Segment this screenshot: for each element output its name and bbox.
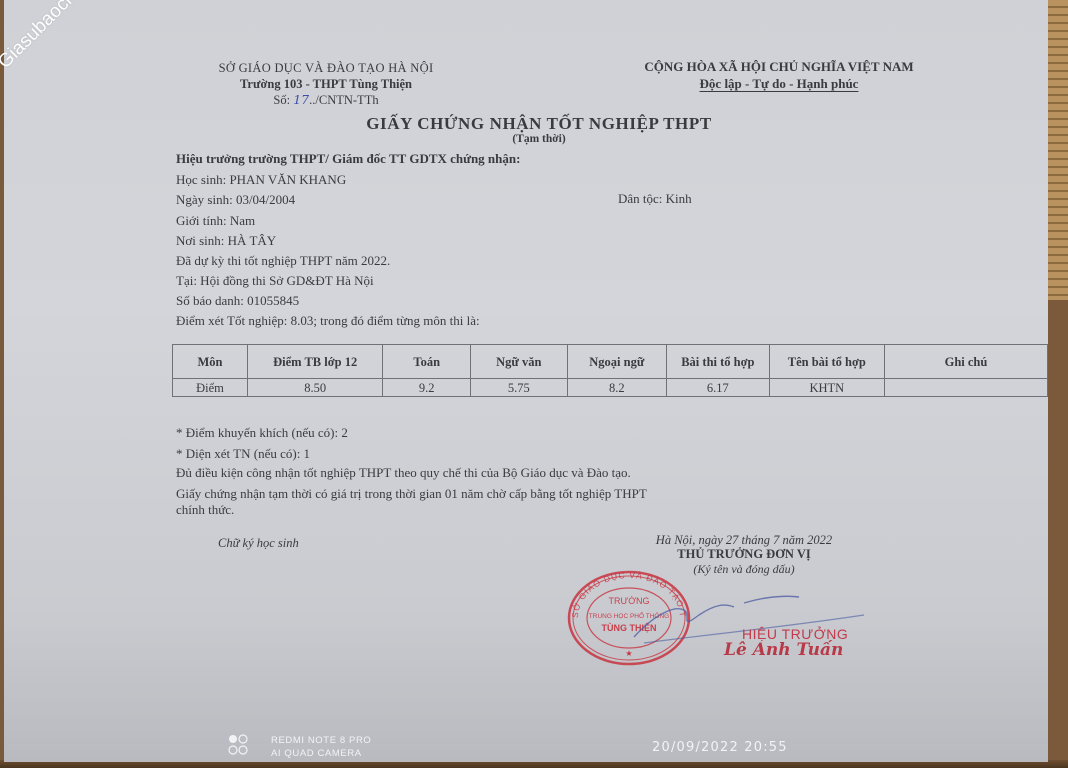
cell-combined-exam: 6.17 <box>667 379 770 397</box>
photo-timestamp: 20/09/2022 20:55 <box>652 740 788 755</box>
table-row: Điểm 8.50 9.2 5.75 8.2 6.17 KHTN <box>173 379 1048 397</box>
cell-literature: 5.75 <box>471 379 567 397</box>
header-notes: Ghi chú <box>884 345 1047 379</box>
document-title: GIẤY CHỨNG NHẬN TỐT NGHIỆP THPT <box>264 114 814 134</box>
header-gpa12: Điểm TB lớp 12 <box>248 345 383 379</box>
ministry-name: SỞ GIÁO DỤC VÀ ĐÀO TẠO HÀ NỘI <box>176 60 476 76</box>
header-foreign-language: Ngoại ngữ <box>567 345 667 379</box>
student-gender: Giới tính: Nam <box>176 213 255 229</box>
header-subject: Môn <box>173 345 248 379</box>
validity-statement-cont: chính thức. <box>176 502 234 518</box>
student-birthplace: Nơi sinh: HÀ TÂY <box>176 233 276 249</box>
principal-name: Lê Anh Tuấn <box>724 640 843 660</box>
header-combined-exam: Bài thi tổ hợp <box>667 345 770 379</box>
header-left: SỞ GIÁO DỤC VÀ ĐÀO TẠO HÀ NỘI Trường 103… <box>176 60 476 108</box>
student-signature-label: Chữ ký học sinh <box>218 536 299 551</box>
document-number-suffix: ../CNTN-TTh <box>309 93 378 107</box>
place-date: Hà Nội, ngày 27 tháng 7 năm 2022 <box>564 533 924 548</box>
quad-camera-icon <box>226 734 262 756</box>
camera-model-line-1: REDMI NOTE 8 PRO <box>271 734 371 747</box>
camera-watermark: REDMI NOTE 8 PRO AI QUAD CAMERA <box>226 734 262 761</box>
eligibility-statement: Đủ điều kiện công nhận tốt nghiệp THPT t… <box>176 465 631 481</box>
score-table: Môn Điểm TB lớp 12 Toán Ngữ văn Ngoại ng… <box>172 344 1048 397</box>
national-motto: Độc lập - Tự do - Hạnh phúc <box>700 76 859 91</box>
country-name: CỘNG HÒA XÃ HỘI CHỦ NGHĨA VIỆT NAM <box>569 58 989 75</box>
bonus-points: * Điểm khuyến khích (nếu có): 2 <box>176 425 348 441</box>
certificate-paper: Giasubaochau.net SỞ GIÁO DỤC VÀ ĐÀO TẠO … <box>4 0 1048 762</box>
head-of-unit-title: THỦ TRƯỞNG ĐƠN VỊ <box>564 547 924 562</box>
cell-notes <box>884 379 1047 397</box>
graduation-score: Điểm xét Tốt nghiệp: 8.03; trong đó điểm… <box>176 313 480 329</box>
cell-combined-name: KHTN <box>769 379 884 397</box>
certifier-line: Hiệu trưởng trường THPT/ Giám đốc TT GDT… <box>176 151 520 167</box>
graduation-category: * Diện xét TN (nếu có): 1 <box>176 446 310 462</box>
score-table-header: Môn Điểm TB lớp 12 Toán Ngữ văn Ngoại ng… <box>173 345 1048 379</box>
camera-model: REDMI NOTE 8 PRO AI QUAD CAMERA <box>271 734 371 760</box>
exam-year: Đã dự kỳ thi tốt nghiệp THPT năm 2022. <box>176 253 390 269</box>
exam-council: Tại: Hội đồng thi Sở GD&ĐT Hà Nội <box>176 273 374 289</box>
document-number-handwritten: 17 <box>293 92 309 107</box>
cell-label: Điểm <box>173 379 248 397</box>
document-subtitle: (Tạm thời) <box>264 133 814 145</box>
header-math: Toán <box>383 345 471 379</box>
seal-star-icon: ★ <box>625 649 632 658</box>
validity-statement: Giấy chứng nhận tạm thời có giá trị tron… <box>176 486 647 502</box>
cell-foreign-language: 8.2 <box>567 379 667 397</box>
header-right: CỘNG HÒA XÃ HỘI CHỦ NGHĨA VIỆT NAM Độc l… <box>569 58 989 92</box>
document-number-label: Số: <box>273 93 293 107</box>
header-literature: Ngữ văn <box>471 345 567 379</box>
camera-model-line-2: AI QUAD CAMERA <box>271 747 371 760</box>
candidate-number: Số báo danh: 01055845 <box>176 293 299 309</box>
document-number: Số: 17../CNTN-TTh <box>176 92 476 108</box>
school-name: Trường 103 - THPT Tùng Thiện <box>176 76 476 92</box>
cell-math: 9.2 <box>383 379 471 397</box>
student-name: Học sinh: PHAN VĂN KHANG <box>176 172 346 188</box>
watermark: Giasubaochau.net <box>0 0 119 74</box>
cell-gpa12: 8.50 <box>248 379 383 397</box>
student-ethnicity: Dân tộc: Kinh <box>618 191 692 207</box>
student-dob: Ngày sinh: 03/04/2004 <box>176 192 295 208</box>
header-combined-name: Tên bài tổ hợp <box>769 345 884 379</box>
